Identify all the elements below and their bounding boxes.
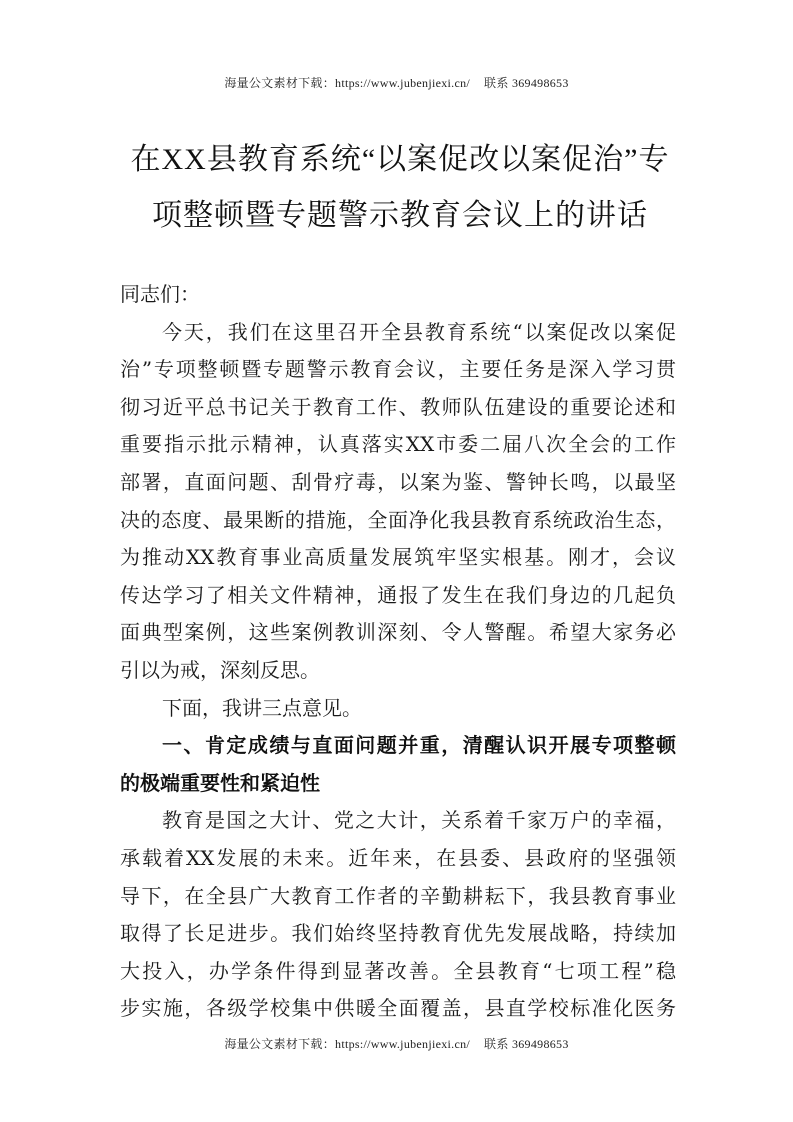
header-download-text: 海量公文素材下载：https://www.jubenjiexi.cn/ bbox=[224, 76, 470, 90]
paragraph-3-line: 大投入，办学条件得到显著改善。全县教育“七项工程”稳 bbox=[120, 953, 676, 991]
paragraph-1-line: 传达学习了相关文件精神，通报了发生在我们身边的几起负 bbox=[120, 577, 676, 615]
title-line-1: 在XX县教育系统“以案促改以案促治”专 bbox=[110, 132, 690, 188]
title-line-2: 项整顿暨专题警示教育会议上的讲话 bbox=[110, 188, 690, 244]
document-body: 同志们： 今天，我们在这里召开全县教育系统“以案促改以案促 治”专项整顿暨专题警… bbox=[120, 276, 676, 1028]
paragraph-1-line: 决的态度、最果断的措施，全面净化我县教育系统政治生态， bbox=[120, 502, 676, 540]
paragraph-1-line: 治”专项整顿暨专题警示教育会议，主要任务是深入学习贯 bbox=[120, 351, 676, 389]
paragraph-3-line: 导下，在全县广大教育工作者的辛勤耕耘下，我县教育事业 bbox=[120, 878, 676, 916]
page-header: 海量公文素材下载：https://www.jubenjiexi.cn/联系 36… bbox=[0, 74, 793, 91]
salutation: 同志们： bbox=[120, 276, 676, 314]
paragraph-3-line: 步实施，各级学校集中供暖全面覆盖，县直学校标准化医务 bbox=[120, 990, 676, 1028]
paragraph-1-line: 面典型案例，这些案例教训深刻、令人警醒。希望大家务必 bbox=[120, 614, 676, 652]
footer-download-text: 海量公文素材下载：https://www.jubenjiexi.cn/ bbox=[224, 1037, 470, 1051]
paragraph-1-line: 重要指示批示精神，认真落实XX市委二届八次全会的工作 bbox=[120, 426, 676, 464]
paragraph-3-line: 承载着XX发展的未来。近年来，在县委、县政府的坚强领 bbox=[120, 840, 676, 878]
paragraph-1-line: 部署，直面问题、刮骨疗毒，以案为鉴、警钟长鸣，以最坚 bbox=[120, 464, 676, 502]
section-heading-1: 一、肯定成绩与直面问题并重，清醒认识开展专项整顿 bbox=[120, 727, 676, 765]
paragraph-1-line: 引以为戒，深刻反思。 bbox=[120, 652, 676, 690]
section-heading-1-cont: 的极端重要性和紧迫性 bbox=[120, 765, 676, 803]
paragraph-3-line: 取得了长足进步。我们始终坚持教育优先发展战略，持续加 bbox=[120, 915, 676, 953]
document-title: 在XX县教育系统“以案促改以案促治”专 项整顿暨专题警示教育会议上的讲话 bbox=[110, 132, 690, 244]
paragraph-2: 下面，我讲三点意见。 bbox=[120, 690, 676, 728]
header-contact: 联系 369498653 bbox=[484, 76, 569, 90]
paragraph-1-line: 彻习近平总书记关于教育工作、教师队伍建设的重要论述和 bbox=[120, 389, 676, 427]
paragraph-3-line: 教育是国之大计、党之大计，关系着千家万户的幸福， bbox=[120, 802, 676, 840]
page-footer: 海量公文素材下载：https://www.jubenjiexi.cn/联系 36… bbox=[0, 1035, 793, 1052]
paragraph-1-line: 为推动XX教育事业高质量发展筑牢坚实根基。刚才，会议 bbox=[120, 539, 676, 577]
paragraph-1-line: 今天，我们在这里召开全县教育系统“以案促改以案促 bbox=[120, 314, 676, 352]
footer-contact: 联系 369498653 bbox=[484, 1037, 569, 1051]
